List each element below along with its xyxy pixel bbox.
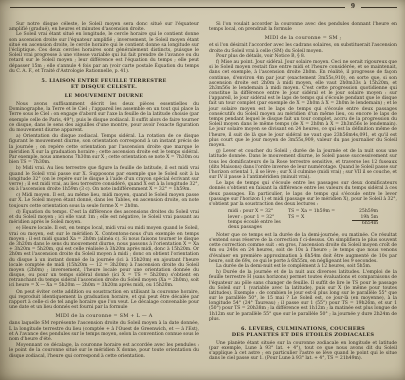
paragraph: c) Midi moyen. Il est, au même lieu, mid…: [9, 193, 199, 209]
paragraph: Le Soleil vrai étant situé en longitude,…: [9, 32, 199, 74]
section-heading: 5. LIAISON ENTRE FEUILLE TERRESTREET DIS…: [9, 78, 199, 91]
heading-line: ET DISQUE CELESTE.: [9, 84, 199, 90]
section-heading: 6. LEVERS, CULMINATIONS, COUCHERSDES PLA…: [209, 326, 397, 339]
page-header: 9: [10, 2, 397, 12]
reading-table: midi : pour X = 32°TS = Xa = 1h59m =25h5…: [228, 209, 378, 231]
paragraph: a) Orientation du disque zodiacal. Temps…: [9, 134, 199, 165]
paragraph: Sur notre disque céleste, le Soleil moye…: [9, 22, 199, 32]
paragraph: Une planète étant située sur la couronne…: [209, 341, 397, 362]
paragraph: g) Lever et coucher du Soleil ; durée de…: [209, 149, 397, 180]
paragraph: Pour plus de détails, voir Notice B, § 8…: [209, 54, 397, 59]
paragraph: Si l'on voulait accorder la couronne ave…: [209, 22, 397, 32]
paragraph: d) Équation du temps. C'est la différenc…: [9, 210, 199, 226]
paragraph: Noter que ce temps est la durée de la de…: [209, 233, 397, 264]
formula: MIDI de la couronne = SM + L — A: [9, 313, 199, 319]
paragraph: dans laquelle SM représente l'ascension …: [9, 321, 199, 342]
paragraph: Nous avons suffisamment décrit les deux …: [9, 102, 199, 133]
heading-line: DES PLANETES ET DES ETOILES ZODIACALES: [209, 332, 397, 338]
scanned-book-page: 9 Sur notre disque céleste, le Soleil mo…: [0, 0, 405, 380]
left-column: Sur notre disque céleste, le Soleil moye…: [9, 22, 199, 378]
table-row: temps écoulé entre les deux passages6h54…: [228, 220, 378, 231]
heading-line: LE MOUVEMENT DIURNE: [9, 93, 199, 99]
table-cell: [288, 220, 352, 231]
paragraph: Le laps de temps qui s'écoule entre les …: [209, 181, 397, 207]
paragraph: f) Mise au point. Jour sidéral. Jour sol…: [209, 60, 397, 148]
paragraph: b) Midi vrai. Au lieu terrestre que figu…: [9, 166, 199, 192]
paragraph: On peut éviter cette addition ou soustra…: [9, 290, 199, 311]
page-number: 9: [345, 3, 361, 11]
table-cell: 6h54m: [352, 220, 378, 231]
header-rule-left: [10, 7, 345, 8]
section-heading: LE MOUVEMENT DIURNE: [9, 93, 199, 99]
formula: MIDI de la couronne = SM ;: [209, 35, 397, 41]
paragraph: Moyennant ce décalage, la couronne horai…: [9, 343, 199, 359]
paragraph: La durée de la demi-nuit est le compléme…: [209, 264, 397, 269]
header-rule-right: [361, 7, 397, 8]
paragraph: e) Heure locale. Il est, en temps local,…: [9, 226, 199, 288]
table-cell: temps écoulé entre les deux passages: [228, 220, 288, 231]
paragraph: et si l'on désirait l'accorder avec les …: [209, 43, 397, 53]
text-columns: Sur notre disque céleste, le Soleil moye…: [9, 22, 397, 378]
paragraph: h) Durée de la journée et de la nuit aux…: [209, 270, 397, 322]
right-column: Si l'on voulait accorder la couronne ave…: [209, 22, 397, 378]
